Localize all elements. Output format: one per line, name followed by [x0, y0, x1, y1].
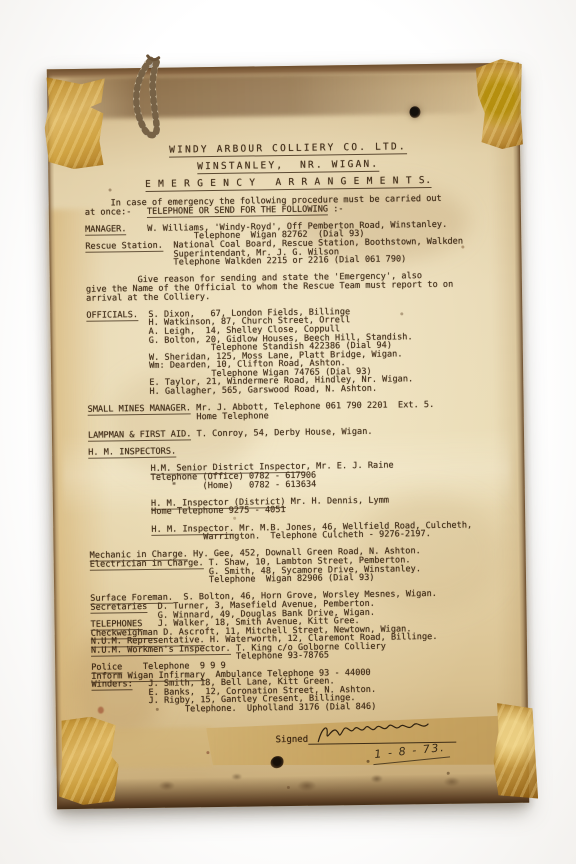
signed-row: Signed [232, 721, 500, 756]
board-edge-bottom [57, 773, 529, 810]
notice-board: WINDY ARBOUR COLLIERY CO. LTD.WINSTANLEY… [47, 63, 529, 810]
tape-top-left [44, 77, 107, 170]
tape-bottom-right [493, 703, 538, 800]
red-speck [98, 707, 104, 714]
document-body-lines: In case of emergency the following proce… [85, 194, 500, 715]
punched-hole [409, 106, 420, 118]
tape-top-right [476, 59, 523, 150]
notice-text: WINDY ARBOUR COLLIERY CO. LTD.WINSTANLEY… [84, 137, 501, 757]
signed-label: Signed [276, 734, 309, 744]
photo-background: WINDY ARBOUR COLLIERY CO. LTD.WINSTANLEY… [0, 0, 576, 864]
tape-bottom-left [58, 716, 119, 805]
hanging-string [121, 54, 176, 157]
